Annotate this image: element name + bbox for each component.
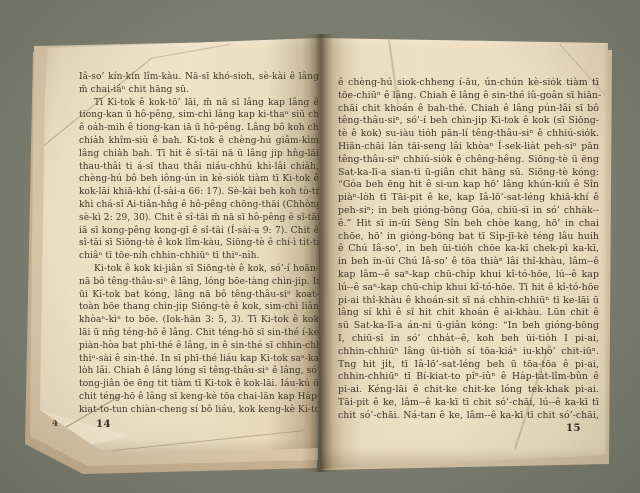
text-line: piàn-hòa bat phī-thé ê lâng, in ê sin-th… — [79, 340, 319, 353]
text-line: lú--ê saⁿ-kap chū-chi̍p khui kî-tó-hōe. … — [338, 282, 599, 295]
text-line: Tng hit ji̍t, tī Iâ-lō’-sat-léng beh ū t… — [338, 359, 599, 372]
text-line: Tāi-pit ê ke, lâm--ê ka-kī tī chit só’-c… — [338, 397, 599, 410]
text-line: toàn bōe thang chìn-jip Siōng-tè ê kok, … — [79, 301, 319, 314]
text-line: I, chiū-sī in só’ chha̍t--ê, koh beh ūi-… — [338, 333, 599, 346]
text-line: iā sī kong-pêng kong-gī ê sî-tāi (Í-sài-… — [79, 225, 319, 238]
left-page: Iâ-so’ kín-kín lîm-kàu. Nā-sī khó-sioh, … — [34, 36, 320, 460]
text-line: tōe-chiūⁿ ê lâng. Chiah ê lâng ê sin-thé… — [338, 90, 599, 103]
right-page-text: ê chèng-hú siok-chheng í-āu, ún-chún kè-… — [338, 77, 599, 423]
text-line: sū Sat-ka-lī-a án-ni ū-giân kóng: “In be… — [338, 320, 599, 333]
text-line: sè-kì 2: 29, 30). Chit ê sî-tāi m̄ nā sī… — [79, 212, 319, 225]
text-line: lâng chia̍h bah. Tī hit ê sî-tāi nā ū lâ… — [79, 148, 319, 161]
text-line: m̄ chai-iáⁿ chit hāng sū. — [79, 84, 319, 97]
text-line: in beh in-ūi Chú Iâ-so’ ê tōa thiàⁿ lâi … — [338, 256, 599, 269]
text-line: “Góa beh ēng hit ê si-un kap hō’ lâng kh… — [338, 179, 599, 192]
text-line: sî-tāi sī Siōng-tè ê kok lîm-kàu, Siōng-… — [79, 237, 319, 250]
text-line: Hiān-chāi lán tāi-seng lâi khòaⁿ Í-sek-l… — [338, 141, 599, 154]
text-line: pi-ai thî-khàu ê khoán-sit sī ná chhin-c… — [338, 295, 599, 308]
text-line: Iâ-so’ kín-kín lîm-kàu. Nā-sī khó-sioh, … — [79, 71, 319, 84]
text-line: têng-thâu-siⁿ chhiú-sio̍k ê chêng-hêng. … — [338, 154, 599, 167]
text-line: ê.” Hit sī in-ūi Sèng Sîn beh chòe kang,… — [338, 218, 599, 231]
text-line: peh-siⁿ; in beh gióng-bōng Góa, chiū-sī … — [338, 205, 599, 218]
text-line: chit téng-hō ê lâng sī keng-kè tōa chai-… — [79, 391, 319, 404]
photo-background: 4 Iâ-so’ kín-kín lîm-kàu. Nā-sī khó-sioh… — [0, 0, 640, 493]
text-line: kiat-to-tun chiàn-cheng sí bô liáu, kok … — [79, 404, 319, 417]
text-line: kok-lāi khiā-khí (Í-sài-a 66: 17). Sè-kà… — [79, 186, 319, 199]
text-line: piàⁿ-lo̍h tī Tāi-pit ê ke, kap Iâ-lō’-sa… — [338, 192, 599, 205]
text-line: tè ê kok) su-iàu tio̍h pān-lí têng-thâu-… — [338, 128, 599, 141]
text-line: lāi ū nn̄g téng-hō ê lâng. Chit téng-hō … — [79, 327, 319, 340]
text-line: chit só’-chāi. Ná-tan ê ke, lâm--ê ka-kī… — [338, 410, 599, 423]
text-line: khòaⁿ-kìⁿ to bōe. (Iok-hān 3: 5, 3). Tī … — [79, 314, 319, 327]
text-line: chōe, hō’ in gióng-bōng bat tī Si̍p-jī-k… — [338, 231, 599, 244]
text-line: nā bô têng-thâu-siⁿ ê lâng, lóng bōe-tàn… — [79, 276, 319, 289]
text-line: Sat-ka-lī-a sian-ti ū-giân chit hāng sū.… — [338, 167, 599, 180]
text-line: chhin-chhiūⁿ tī Bí-kiat-to pîⁿ-iûⁿ ê Ha̍… — [338, 371, 599, 384]
text-line: chiâⁿ tī tōe-ni̍h chhin-chhiūⁿ tī thiⁿ-n… — [79, 250, 319, 263]
text-line: khì chá-sî Ai-tiân-hn̂g ê hô-pêng chōng-… — [79, 199, 319, 212]
text-line: pi-ai. Kéng-lāi ê chit-ke chit-ke lóng t… — [338, 384, 599, 397]
text-line: ê Chú Iâ-so’, in beh ūi-tio̍h chōe ka-kī… — [338, 243, 599, 256]
text-line: ê chèng-hú siok-chheng í-āu, ún-chún kè-… — [338, 77, 599, 90]
right-page: ê chèng-hú siok-chheng í-āu, ún-chún kè-… — [316, 36, 612, 470]
text-line: chhin-chhiūⁿ lâng ūi-tio̍h sí tōa-kiáⁿ i… — [338, 346, 599, 359]
text-line: thau-thâi ti á-sī thau thâi niáu-chhú kh… — [79, 161, 319, 174]
text-line: têng-thâu-siⁿ, só’-í beh chìn-jip Ki-tok… — [338, 115, 599, 128]
text-line: Ki-tok ê kok ki-jiân sī Siōng-tè ê kok, … — [79, 263, 319, 276]
crease-line — [150, 44, 230, 59]
text-line: chia̍h khîm-siù ê bah. Ki-tok ê chèng-hú… — [79, 135, 319, 148]
right-page-number: 15 — [566, 423, 581, 434]
text-line: chèng-hú bô beh iông-ún in kè-sio̍k tiàm… — [79, 173, 319, 186]
left-page-number: 14 — [96, 419, 111, 430]
text-line: ūi Ki-tok bat kóng, lâng nā bô têng-thâu… — [79, 289, 319, 302]
text-line: tiong-kan ū hô-pêng, sim-chì lâng kap ki… — [79, 109, 319, 122]
text-line: kap lâm--ê saⁿ-kap chū-chi̍p khui kî-tó-… — [338, 269, 599, 282]
left-page-text: Iâ-so’ kín-kín lîm-kàu. Nā-sī khó-sioh, … — [79, 71, 319, 417]
text-line: Tī Ki-tok ê kok-tō’ lāi, m̄ nā sī lâng k… — [79, 97, 319, 110]
text-line: ê oa̍h-mih ê tiong-kan iā ū hô-pêng. Lân… — [79, 122, 319, 135]
text-line: tong-jiân ōe ēng tit tiàm tī Ki-tok ê ko… — [79, 378, 319, 391]
text-line: lo̍h lâi. Chiah ê lâng lóng sī têng-thâu… — [79, 365, 319, 378]
text-line: thiⁿ-sài ê sin-thé. In sī phī-thé liáu k… — [79, 353, 319, 366]
text-line: lâng sí khì ê sî hit chit khoán ê ai-khà… — [338, 307, 599, 320]
text-line: chāi chit khoán ê bah-thé. Chiah ê lâng … — [338, 103, 599, 116]
